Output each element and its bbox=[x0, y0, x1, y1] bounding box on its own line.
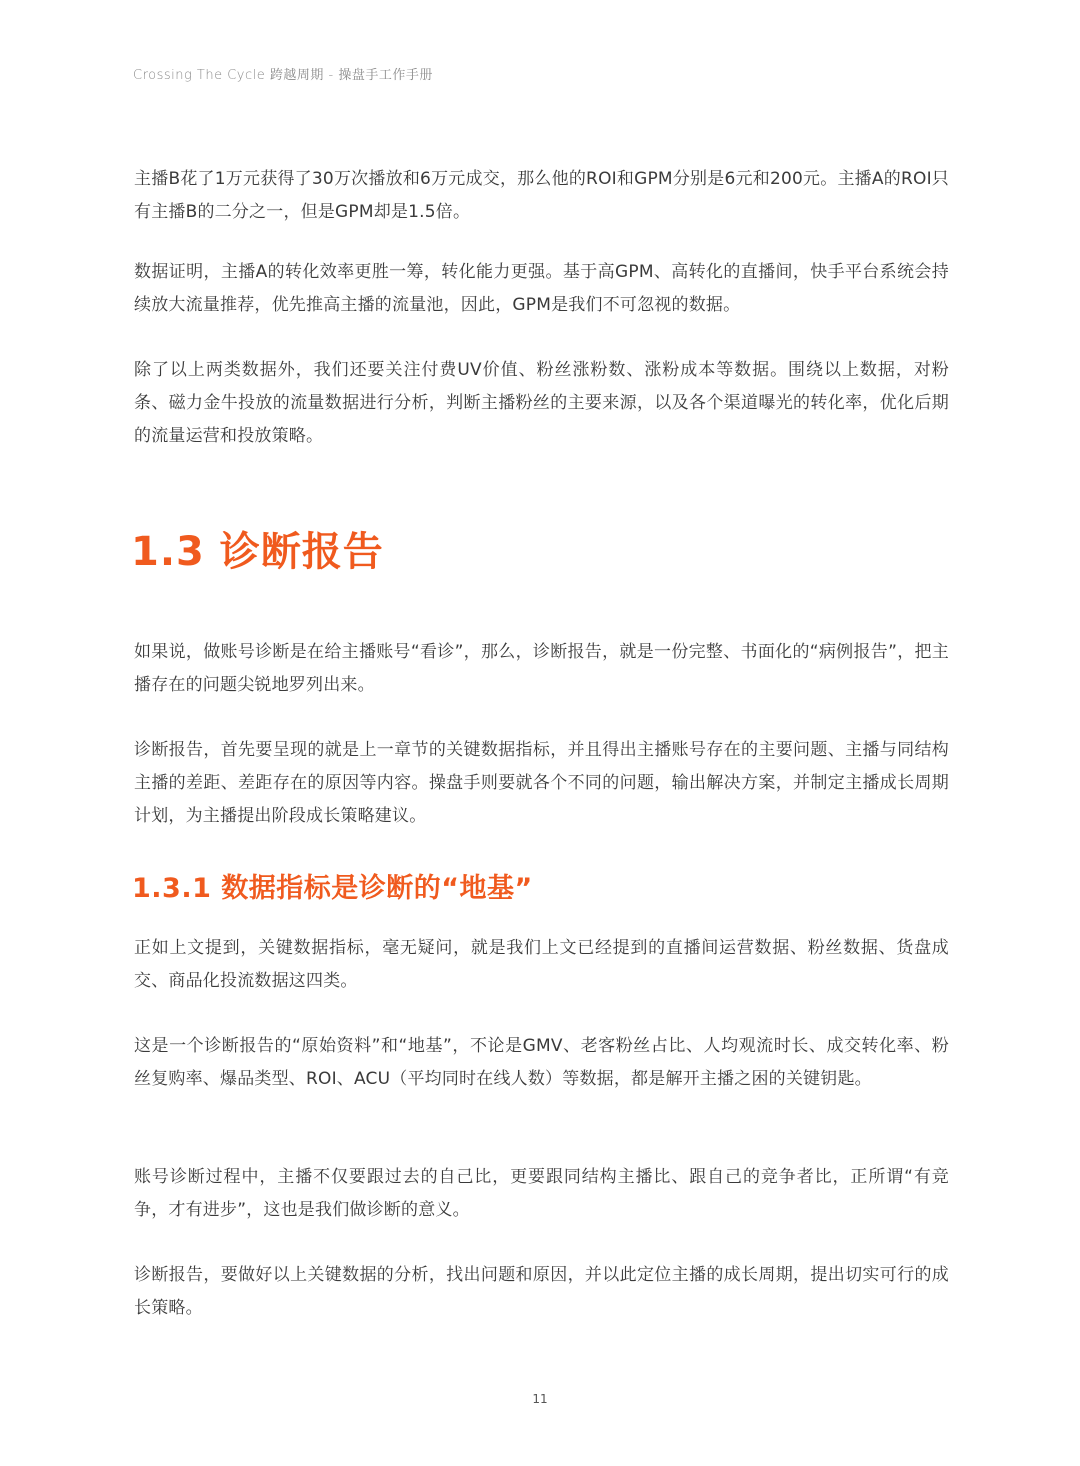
paragraph-analysis: 诊断报告，要做好以上关键数据的分析，找出问题和原因，并以此定位主播的成长周期，提… bbox=[134, 1259, 949, 1325]
paragraph-report-definition: 如果说，做账号诊断是在给主播账号“看诊”，那么，诊断报告，就是一份完整、书面化的… bbox=[134, 636, 949, 702]
paragraph-other-data: 除了以上两类数据外，我们还要关注付费UV价值、粉丝涨粉数、涨粉成本等数据。围绕以… bbox=[134, 354, 949, 453]
page-number: 11 bbox=[0, 1392, 1080, 1406]
paragraph-report-contents: 诊断报告，首先要呈现的就是上一章节的关键数据指标，并且得出主播账号存在的主要问题… bbox=[134, 734, 949, 833]
subsection-title: 1.3.1 数据指标是诊断的“地基” bbox=[132, 871, 533, 907]
paragraph-roi-comparison: 主播B花了1万元获得了30万次播放和6万元成交，那么他的ROI和GPM分别是6元… bbox=[134, 163, 949, 229]
paragraph-gpm-importance: 数据证明，主播A的转化效率更胜一筹，转化能力更强。基于高GPM、高转化的直播间，… bbox=[134, 256, 949, 322]
paragraph-foundation: 这是一个诊断报告的“原始资料”和“地基”，不论是GMV、老客粉丝占比、人均观流时… bbox=[134, 1030, 949, 1096]
section-title: 1.3 诊断报告 bbox=[131, 527, 384, 577]
running-header: Crossing The Cycle 跨越周期 - 操盘手工作手册 bbox=[133, 64, 433, 83]
paragraph-competition: 账号诊断过程中，主播不仅要跟过去的自己比，更要跟同结构主播比、跟自己的竞争者比，… bbox=[134, 1161, 949, 1227]
paragraph-key-metrics: 正如上文提到，关键数据指标，毫无疑问，就是我们上文已经提到的直播间运营数据、粉丝… bbox=[134, 932, 949, 998]
